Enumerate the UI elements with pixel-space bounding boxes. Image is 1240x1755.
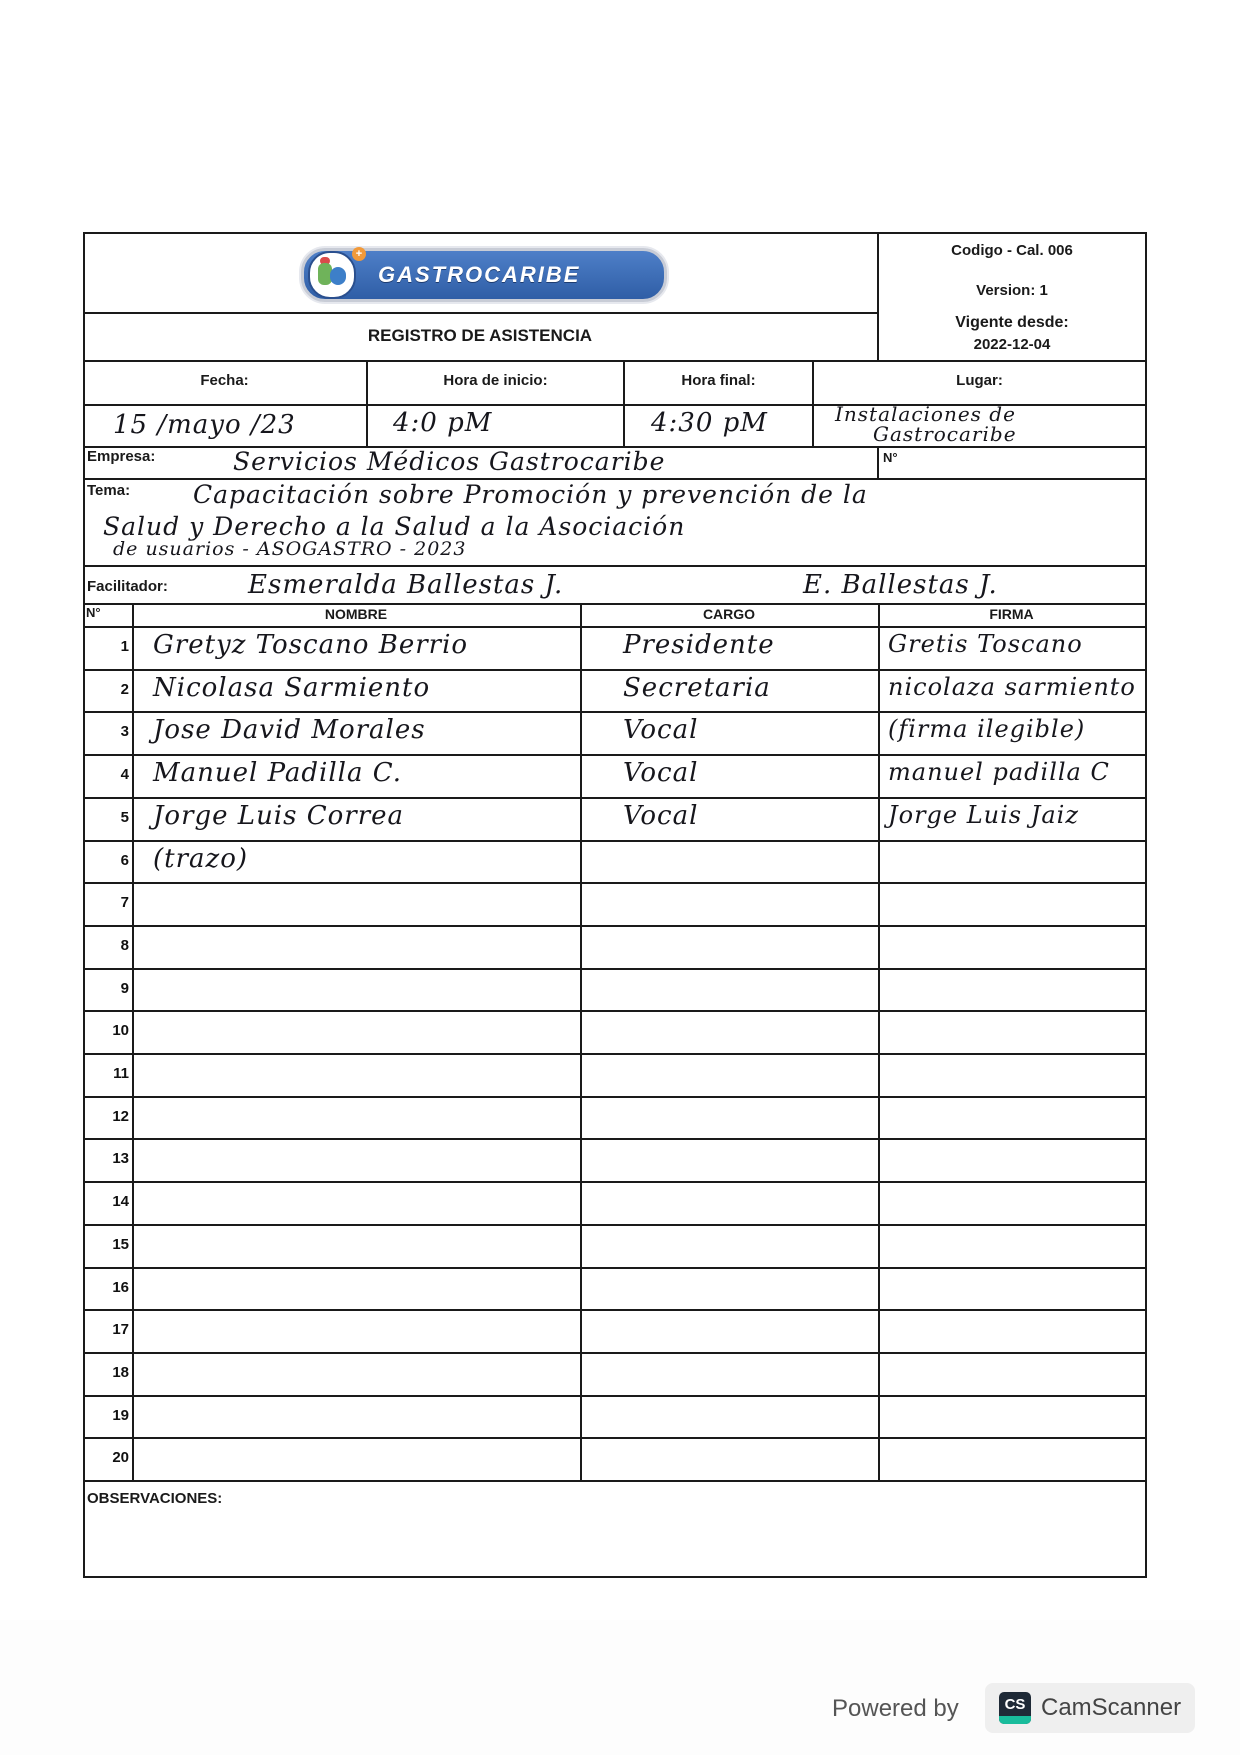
row-divider [83, 1267, 1147, 1269]
row-divider [83, 1224, 1147, 1226]
attendee-signature[interactable]: nicolaza sarmiento [888, 673, 1136, 701]
attendee-role[interactable]: Vocal [623, 715, 698, 745]
brand-name: GASTROCARIBE [378, 262, 580, 288]
attendee-signature[interactable]: (firma ilegible) [888, 715, 1085, 743]
row-divider [83, 1010, 1147, 1012]
border-bottom [83, 1576, 1147, 1578]
row-number: 14 [83, 1193, 129, 1210]
plus-icon: + [352, 247, 366, 261]
valid-from-date: 2022-12-04 [879, 336, 1145, 353]
end-time-label: Hora final: [625, 372, 812, 389]
row-divider [83, 882, 1147, 884]
row-divider [83, 754, 1147, 756]
row-divider [83, 1309, 1147, 1311]
code-text: Codigo - Cal. 006 [879, 242, 1145, 259]
row-divider [83, 1138, 1147, 1140]
camscanner-badge: CS CamScanner [985, 1683, 1195, 1733]
row-number: 1 [83, 638, 129, 655]
attendee-name[interactable]: Nicolasa Sarmiento [153, 673, 430, 703]
row-number: 5 [83, 809, 129, 826]
attendee-signature[interactable]: manuel padilla C [888, 758, 1110, 786]
attendee-name[interactable]: (trazo) [153, 844, 248, 874]
col-name-header: NOMBRE [132, 606, 580, 622]
column-divider [878, 603, 880, 1480]
place-value-line2[interactable]: Gastrocaribe [873, 422, 1017, 446]
number-label: N° [883, 450, 898, 465]
attendee-role[interactable]: Presidente [623, 630, 775, 660]
attendee-role[interactable]: Vocal [623, 801, 698, 831]
place-label: Lugar: [814, 372, 1145, 389]
form-title: REGISTRO DE ASISTENCIA [83, 326, 877, 346]
attendee-role[interactable]: Secretaria [623, 673, 771, 703]
row-number: 4 [83, 766, 129, 783]
row-number: 17 [83, 1321, 129, 1338]
row-number: 19 [83, 1407, 129, 1424]
topic-label: Tema: [87, 482, 130, 499]
end-time-value[interactable]: 4:30 pM [651, 408, 768, 438]
topic-line-2[interactable]: Salud y Derecho a la Salud a la Asociaci… [103, 512, 685, 541]
row-number: 3 [83, 723, 129, 740]
row-number: 13 [83, 1150, 129, 1167]
observations-label: OBSERVACIONES: [87, 1490, 222, 1507]
row-divider [83, 1352, 1147, 1354]
topic-line-1[interactable]: Capacitación sobre Promoción y prevenció… [193, 480, 868, 509]
row-number: 7 [83, 894, 129, 911]
row-number: 2 [83, 681, 129, 698]
row-number: 16 [83, 1279, 129, 1296]
row-divider [83, 669, 1147, 671]
divider-header-bottom [83, 360, 1147, 362]
col-signature-header: FIRMA [878, 606, 1145, 622]
row-divider [83, 1096, 1147, 1098]
start-time-value[interactable]: 4:0 pM [393, 408, 492, 438]
divider-table-header [83, 626, 1147, 628]
divider-logo-title [83, 312, 879, 314]
row-divider [83, 1181, 1147, 1183]
row-number: 10 [83, 1022, 129, 1039]
row-number: 20 [83, 1449, 129, 1466]
start-time-label: Hora de inicio: [368, 372, 623, 389]
row-number: 9 [83, 980, 129, 997]
version-text: Version: 1 [879, 282, 1145, 299]
attendance-form: + GASTROCARIBE REGISTRO DE ASISTENCIA Co… [83, 232, 1147, 1578]
row-divider [83, 1395, 1147, 1397]
attendee-signature[interactable]: Jorge Luis Jaiz [888, 801, 1079, 829]
logo-emblem-icon [308, 251, 356, 299]
topic-line-3[interactable]: de usuarios - ASOGASTRO - 2023 [113, 538, 466, 560]
border-right [1145, 232, 1147, 1578]
row-number: 8 [83, 937, 129, 954]
facilitator-label: Facilitador: [87, 578, 168, 595]
facilitator-signature[interactable]: E. Ballestas J. [803, 570, 998, 600]
company-label: Empresa: [87, 448, 155, 465]
col-role-header: CARGO [580, 606, 878, 622]
attendee-name[interactable]: Manuel Padilla C. [153, 758, 402, 788]
company-value[interactable]: Servicios Médicos Gastrocaribe [233, 447, 665, 476]
column-divider [580, 603, 582, 1480]
row-divider [83, 711, 1147, 713]
gastrocaribe-logo: + GASTROCARIBE [301, 248, 667, 302]
attendee-role[interactable]: Vocal [623, 758, 698, 788]
attendee-name[interactable]: Gretyz Toscano Berrio [153, 630, 468, 660]
row-divider [83, 1480, 1147, 1482]
row-divider [83, 1437, 1147, 1439]
row-divider [83, 797, 1147, 799]
row-divider [83, 925, 1147, 927]
row-divider [83, 840, 1147, 842]
row-number: 6 [83, 852, 129, 869]
row-number: 15 [83, 1236, 129, 1253]
date-value[interactable]: 15 /mayo /23 [113, 410, 296, 440]
attendee-signature[interactable]: Gretis Toscano [888, 630, 1083, 658]
camscanner-logo-icon: CS [999, 1692, 1031, 1724]
facilitator-name[interactable]: Esmeralda Ballestas J. [248, 570, 563, 600]
powered-by-text: Powered by [832, 1695, 959, 1723]
date-label: Fecha: [83, 372, 366, 389]
divider-topic [83, 565, 1147, 567]
border-top [83, 232, 1147, 234]
row-divider [83, 1053, 1147, 1055]
row-divider [83, 968, 1147, 970]
attendee-name[interactable]: Jorge Luis Correa [153, 801, 404, 831]
row-number: 11 [83, 1065, 129, 1082]
divider-company-number [877, 446, 879, 478]
valid-from-label: Vigente desde: [879, 314, 1145, 332]
row-number: 12 [83, 1108, 129, 1125]
column-divider [132, 603, 134, 1480]
divider-facilitator [83, 603, 1147, 605]
camscanner-name: CamScanner [1041, 1694, 1181, 1722]
attendee-name[interactable]: Jose David Morales [153, 715, 426, 745]
row-number: 18 [83, 1364, 129, 1381]
col-number-header: N° [86, 605, 101, 620]
